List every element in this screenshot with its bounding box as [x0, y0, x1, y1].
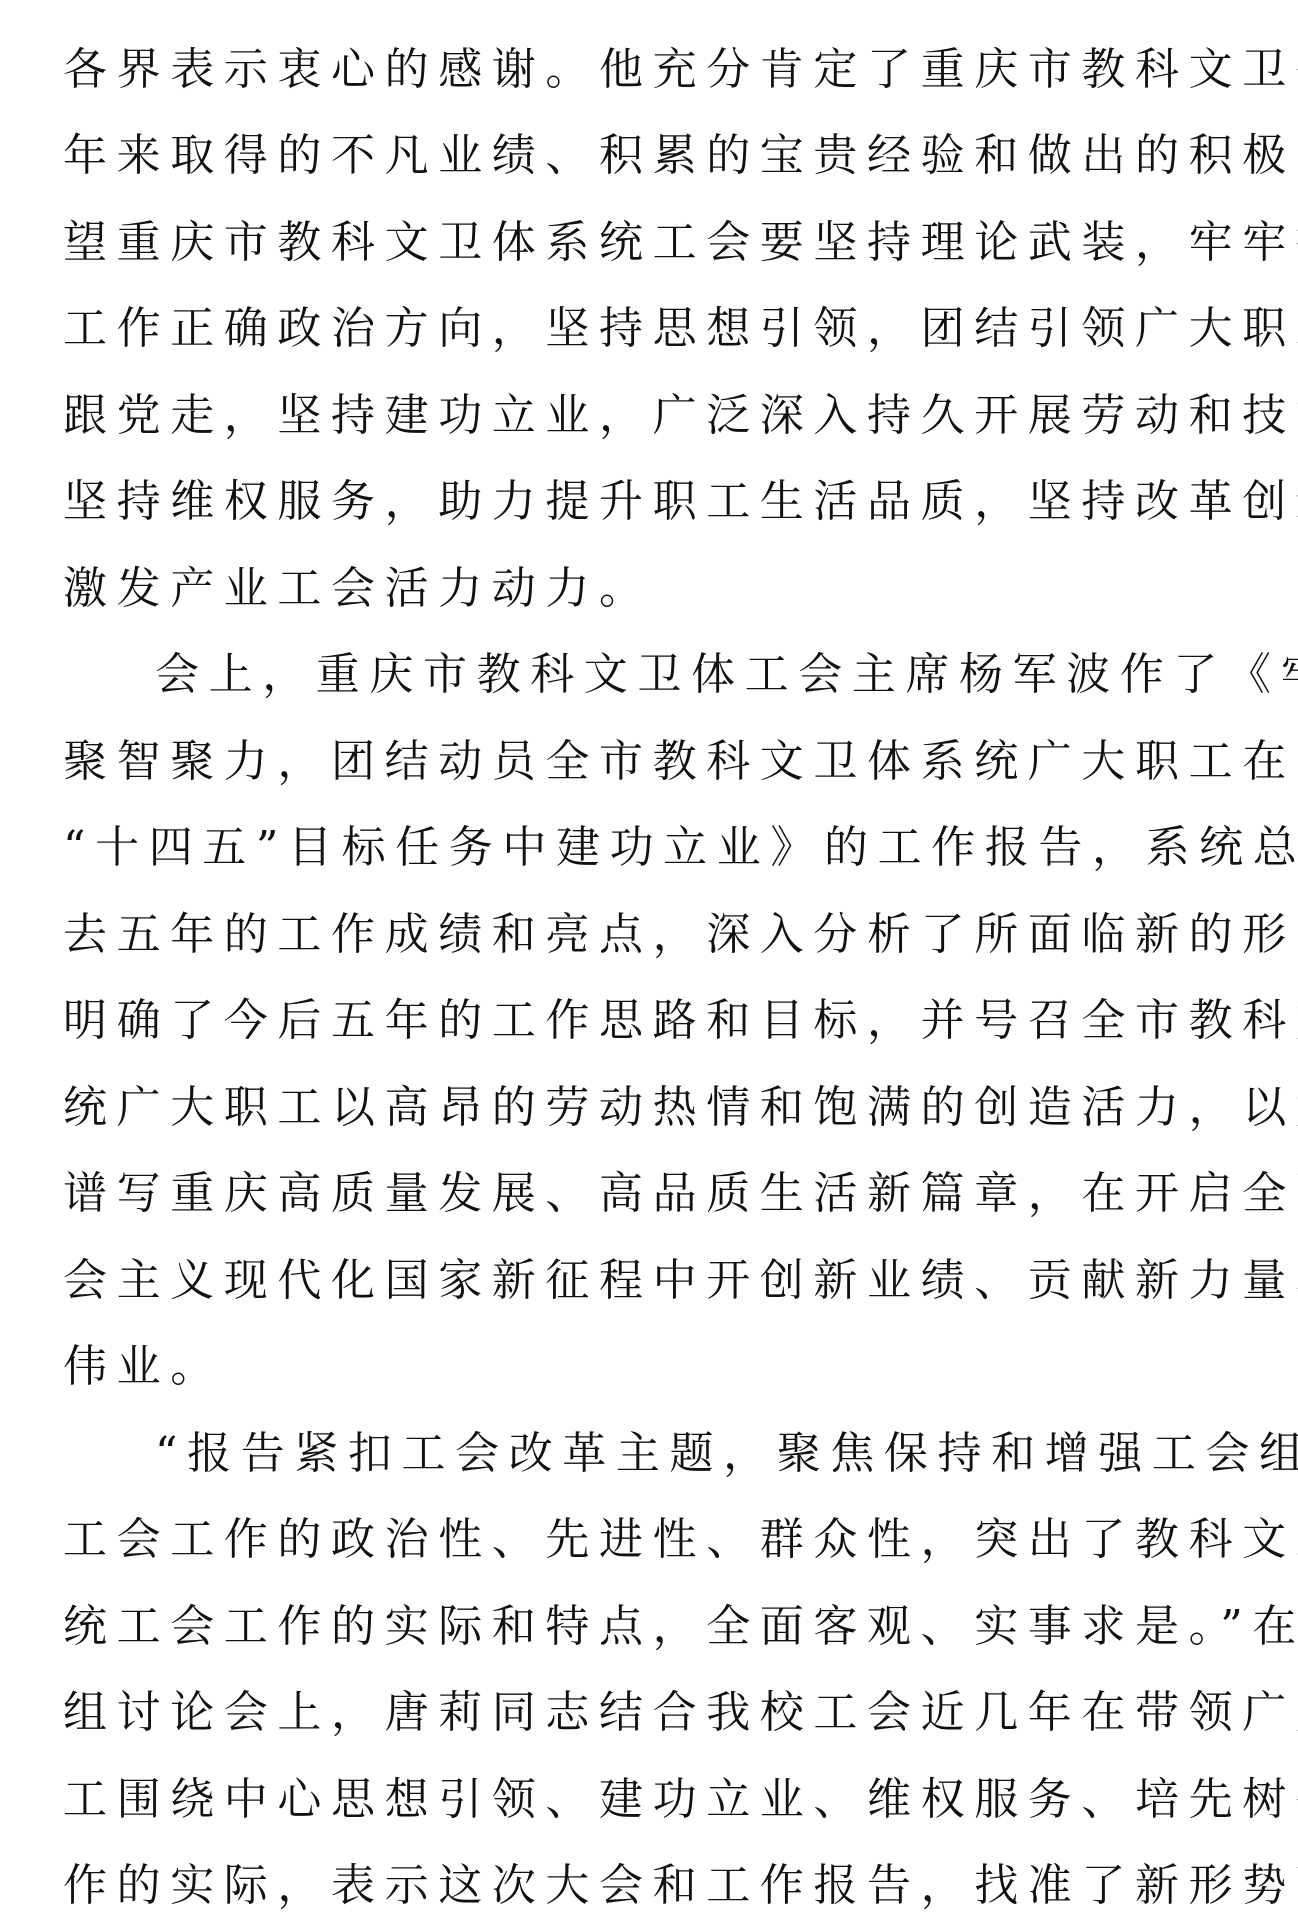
text-line: 明确了今后五年的工作思路和目标，并号召全市教科文卫体系 — [63, 991, 1298, 1051]
text-line: “十四五”目标任务中建功立业》的工作报告，系统总结了过 — [63, 818, 1298, 878]
text-line: 聚智聚力，团结动员全市教科文卫体系统广大职工在努力实现 — [63, 732, 1298, 792]
text-line: 统工会工作的实际和特点，全面客观、实事求是。”在大会分 — [63, 1597, 1298, 1657]
document-page: 各界表示衷心的感谢。他充分肯定了重庆市教科文卫体工会五 年来取得的不凡业绩、积累… — [0, 0, 1298, 1930]
text-line: “报告紧扣工会改革主题，聚焦保持和增强工会组织和 — [155, 1424, 1298, 1484]
text-line: 跟党走，坚持建功立业，广泛深入持久开展劳动和技能竞赛， — [63, 386, 1298, 446]
text-line: 会上，重庆市教科文卫体工会主席杨军波作了《牢记使命， — [155, 645, 1298, 705]
text-line: 工作正确政治方向，坚持思想引领，团结引领广大职工听党话 — [63, 299, 1298, 359]
text-line: 年来取得的不凡业绩、积累的宝贵经验和做出的积极贡献，希 — [63, 126, 1298, 186]
text-line: 望重庆市教科文卫体系统工会要坚持理论武装，牢牢把握工会 — [63, 213, 1298, 273]
text-line: 去五年的工作成绩和亮点，深入分析了所面临新的形势和任务， — [63, 905, 1298, 965]
text-line: 工围绕中心思想引领、建功立业、维权服务、培先树优等工 — [63, 1770, 1298, 1830]
text-line: 会主义现代化国家新征程中开创新业绩、贡献新力量、铸就新 — [63, 1251, 1298, 1311]
text-line: 统广大职工以高昂的劳动热情和饱满的创造活力，以实干实绩 — [63, 1078, 1298, 1138]
text-line: 组讨论会上，唐莉同志结合我校工会近几年在带领广大教职 — [63, 1683, 1298, 1743]
text-line: 谱写重庆高质量发展、高品质生活新篇章，在开启全面建设社 — [63, 1164, 1298, 1224]
text-line: 各界表示衷心的感谢。他充分肯定了重庆市教科文卫体工会五 — [63, 40, 1298, 100]
text-line: 伟业。 — [63, 1337, 224, 1397]
text-line: 作的实际，表示这次大会和工作报告，找准了新形势下工会 — [63, 1856, 1298, 1916]
text-line: 坚持维权服务，助力提升职工生活品质，坚持改革创新，不断 — [63, 472, 1298, 532]
text-line: 工会工作的政治性、先进性、群众性，突出了教科文卫体系 — [63, 1510, 1298, 1570]
text-line: 激发产业工会活力动力。 — [63, 559, 653, 619]
